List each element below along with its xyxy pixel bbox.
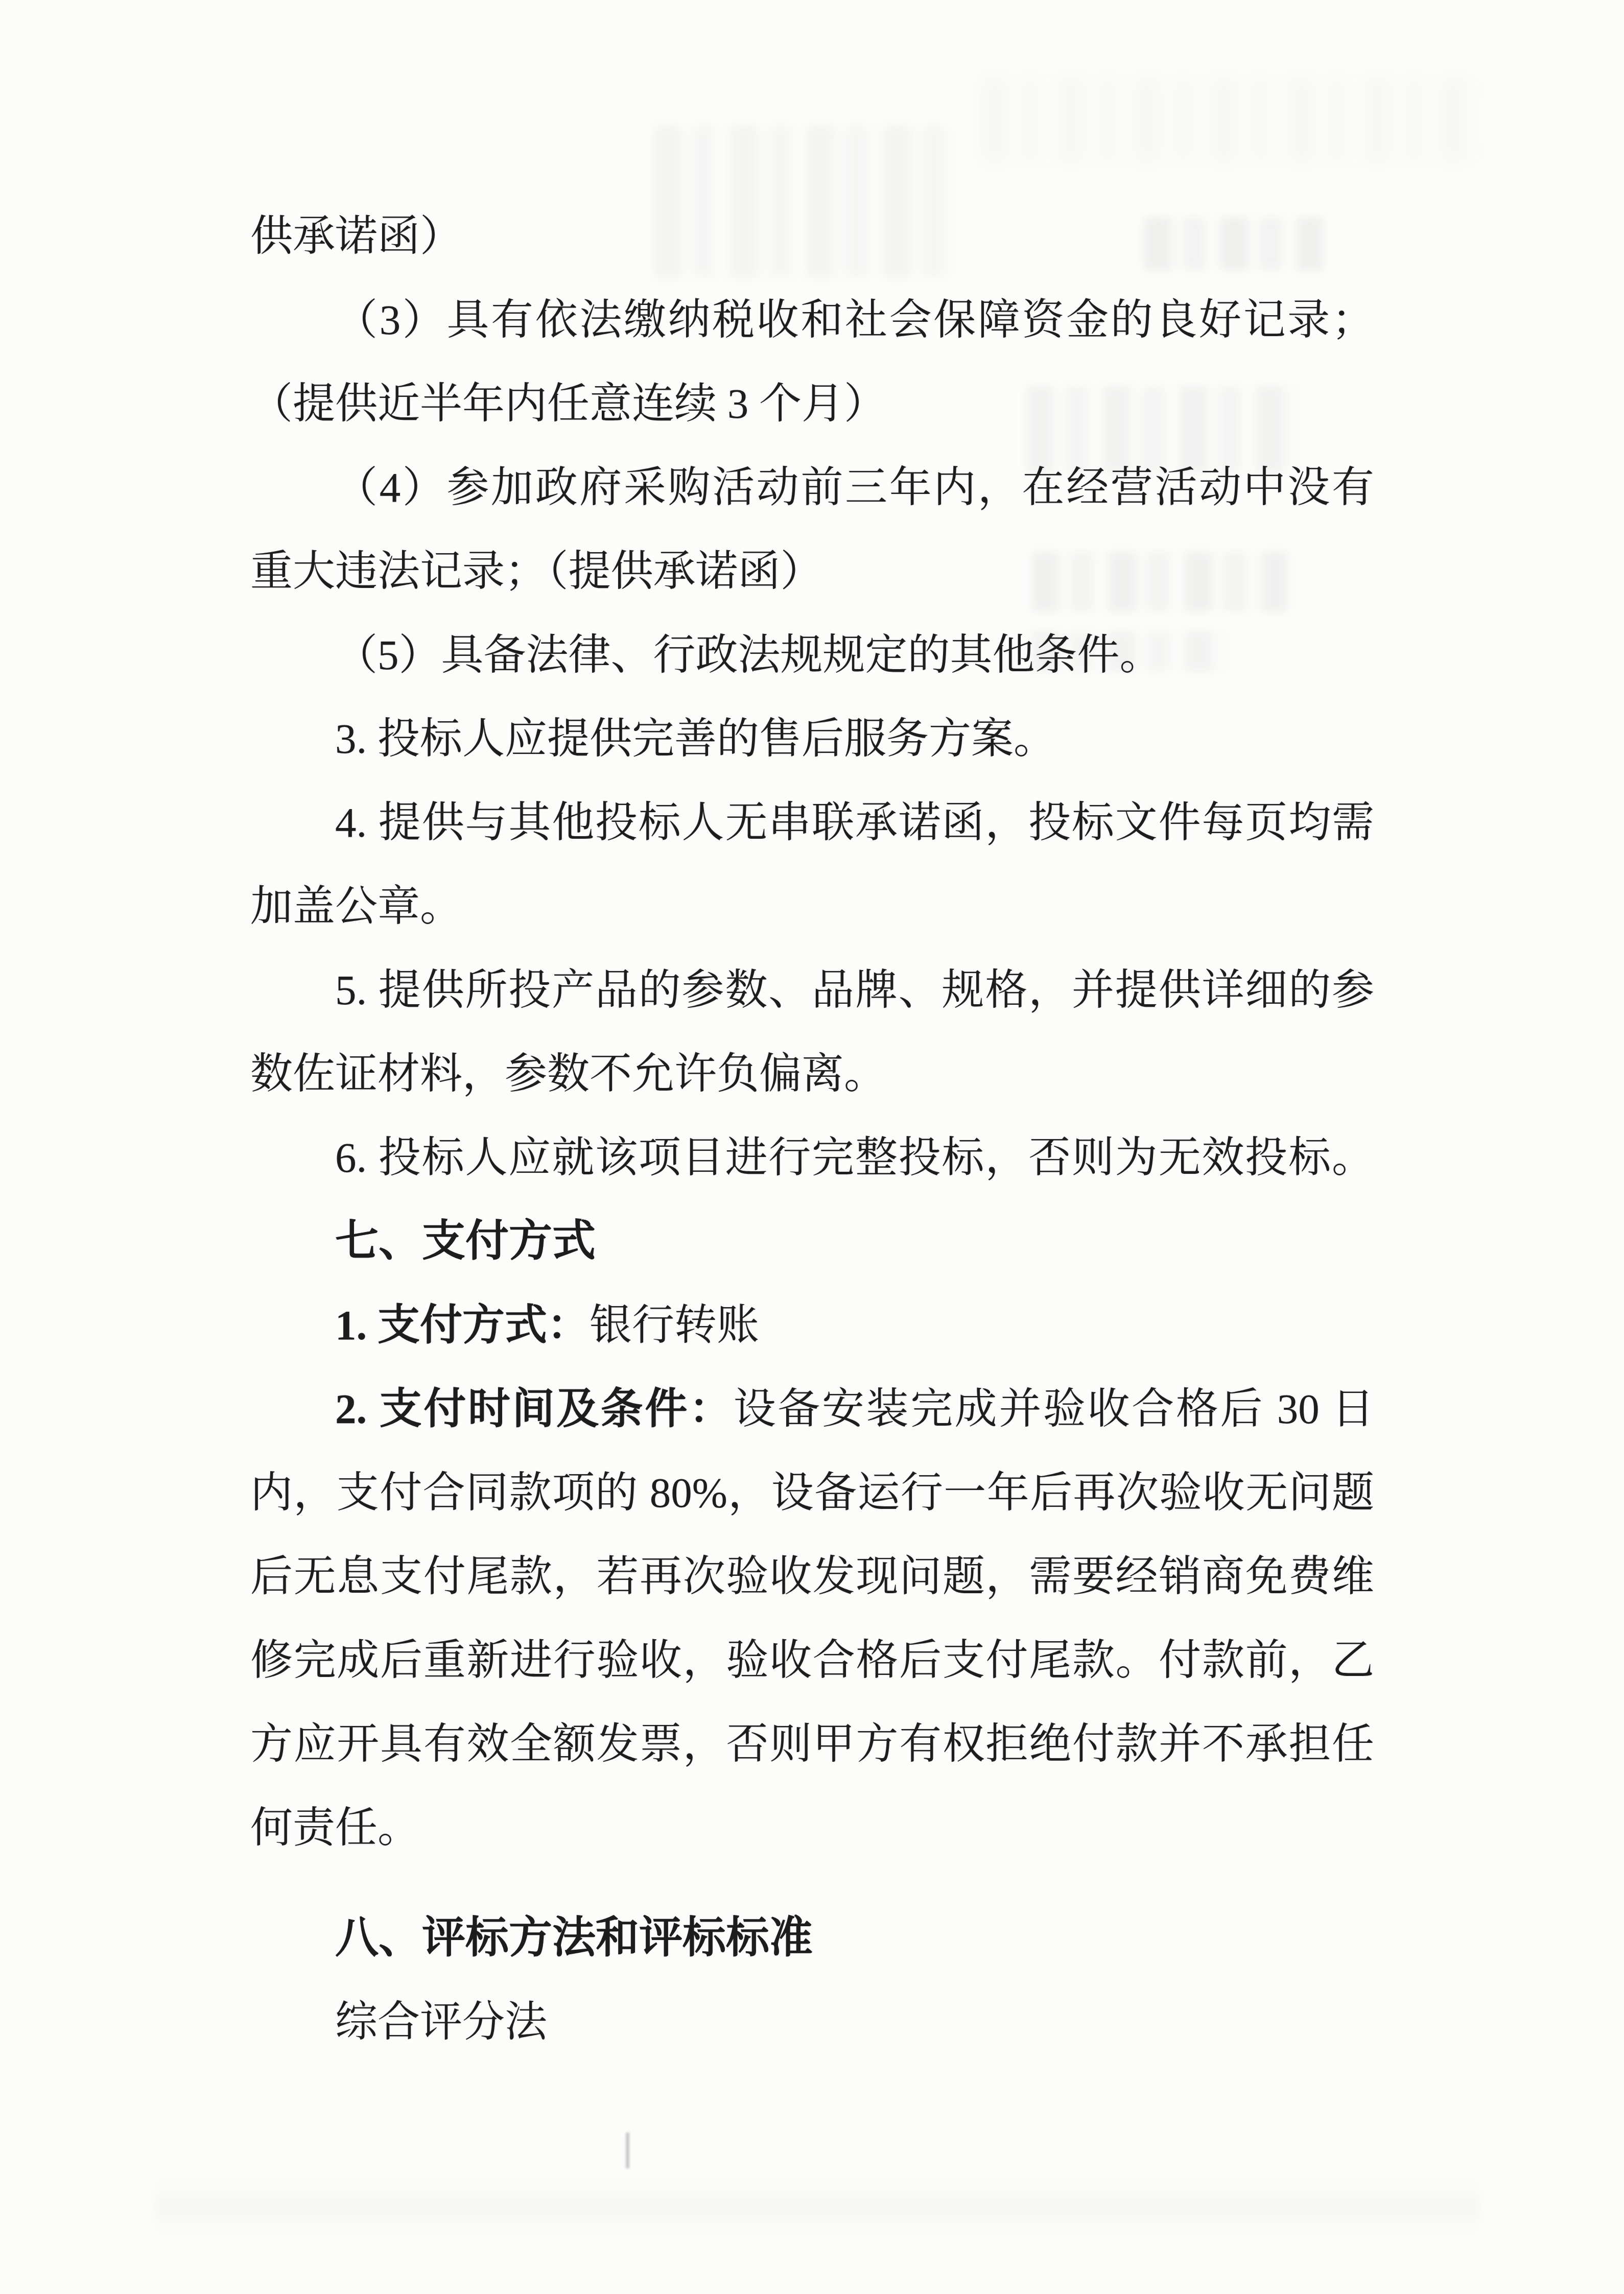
text-line: 后无息支付尾款，若再次验收发现问题，需要经销商免费维 [250,1534,1374,1618]
bleedthrough-artifact [981,77,1481,163]
text-line: 重大违法记录；（提供承诺函） [250,529,1374,613]
text-run: 设备安装完成并验收合格后 30 日 [734,1385,1374,1432]
scan-noise-artifact [626,2133,629,2168]
text-line: （4）参加政府采购活动前三年内，在经营活动中没有 [250,445,1374,529]
text-line: （5）具备法律、行政法规规定的其他条件。 [250,613,1374,697]
text-run: 银行转账 [590,1302,759,1349]
text-line: 综合评分法 [250,1980,1374,2064]
text-line: （提供近半年内任意连续 3 个月） [250,362,1374,445]
text-line: 5. 提供所投产品的参数、品牌、规格，并提供详细的参 [250,948,1374,1032]
document-page: 供承诺函）（3）具有依法缴纳税收和社会保障资金的良好记录；（提供近半年内任意连续… [0,0,1624,2294]
section-heading: 七、支付方式 [250,1199,1374,1283]
bold-text-run: 1. 支付方式： [335,1302,590,1349]
text-line: 1. 支付方式：银行转账 [250,1283,1374,1367]
text-line: 方应开具有效全额发票，否则甲方有权拒绝付款并不承担任 [250,1702,1374,1786]
text-line: 3. 投标人应提供完善的售后服务方案。 [250,697,1374,781]
text-line: 供承诺函） [250,194,1374,278]
text-line: 6. 投标人应就该项目进行完整投标，否则为无效投标。 [250,1116,1374,1199]
text-line: 数佐证材料，参数不允许负偏离。 [250,1032,1374,1116]
text-line: 修完成后重新进行验收，验收合格后支付尾款。付款前，乙 [250,1618,1374,1702]
text-line: 内，支付合同款项的 80%，设备运行一年后再次验收无问题 [250,1451,1374,1534]
bold-text-run: 2. 支付时间及条件： [335,1385,734,1432]
text-line: 2. 支付时间及条件：设备安装完成并验收合格后 30 日 [250,1367,1374,1451]
text-line: 加盖公章。 [250,864,1374,948]
text-line: 4. 提供与其他投标人无串联承诺函，投标文件每页均需 [250,781,1374,864]
section-heading: 八、评标方法和评标标准 [250,1896,1374,1980]
text-line: 何责任。 [250,1786,1374,1870]
scan-noise-artifact [153,2171,1481,2242]
text-line: （3）具有依法缴纳税收和社会保障资金的良好记录； [250,278,1374,362]
document-body: 供承诺函）（3）具有依法缴纳税收和社会保障资金的良好记录；（提供近半年内任意连续… [250,194,1374,2064]
